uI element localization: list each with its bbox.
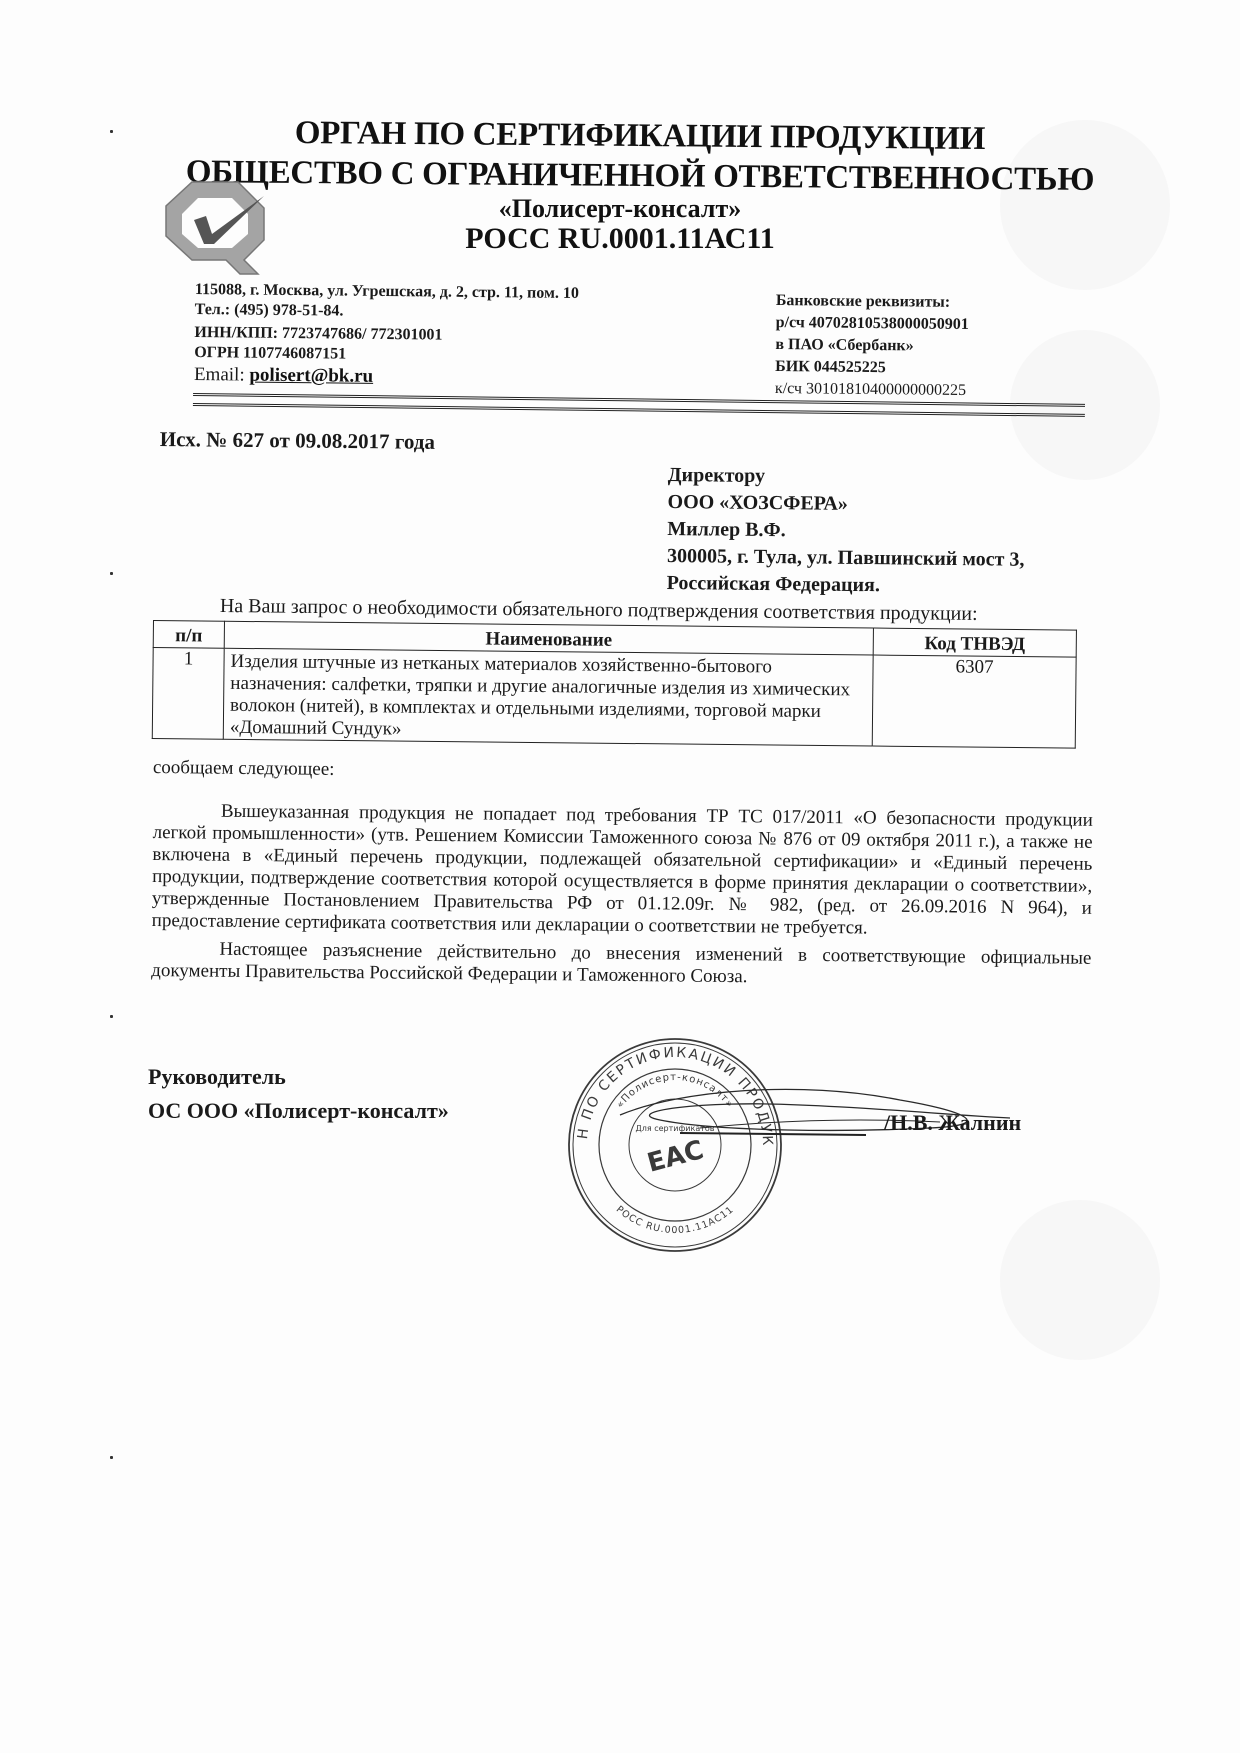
margin-mark: [110, 1015, 113, 1018]
addressee-address: 300005, г. Тула, ул. Павшинский мост 3,: [667, 543, 1025, 574]
company-phone: Тел.: (495) 978-51-84.: [195, 300, 579, 324]
email-label: Email:: [194, 364, 250, 386]
margin-mark: [110, 572, 113, 575]
row-number: 1: [152, 648, 224, 740]
document-page: ОРГАН ПО СЕРТИФИКАЦИИ ПРОДУКЦИИ ОБЩЕСТВО…: [0, 0, 1240, 1753]
email-link[interactable]: polisert@bk.ru: [249, 365, 373, 387]
svg-text:РОСС RU.0001.11АС11: РОСС RU.0001.11АС11: [614, 1204, 736, 1236]
addressee-title: Директору: [668, 462, 1026, 493]
addressee-name: Миллер В.Ф.: [667, 516, 1025, 547]
scan-artifact: [1000, 1200, 1160, 1360]
bank-corr-account: к/сч 30101810400000000225: [775, 378, 968, 402]
stamp-outer-bottom: РОСС RU.0001.11АС11: [614, 1204, 736, 1236]
bank-details-title: Банковские реквизиты:: [776, 290, 969, 314]
certification-logo-icon: [160, 178, 270, 278]
signer-name: /Н.В. Жалнин: [884, 1110, 1021, 1136]
company-ogrn: ОГРН 1107746087151: [194, 343, 578, 367]
column-header-code: Код ТНВЭД: [873, 628, 1076, 657]
body-paragraph-2: Настоящее разъяснение действительно до в…: [151, 938, 1091, 992]
addressee-block: Директору ООО «ХОЗСФЕРА» Миллер В.Ф. 300…: [667, 462, 1026, 601]
bank-details: Банковские реквизиты: р/сч 4070281053800…: [775, 290, 969, 402]
margin-mark: [110, 1456, 113, 1459]
body-paragraph-1: Вышеуказанная продукция не попадает под …: [152, 800, 1093, 942]
signer-position: Руководитель: [148, 1060, 449, 1094]
report-lead: сообщаем следующее:: [153, 757, 335, 781]
row-tnved-code: 6307: [872, 655, 1076, 748]
bank-name: в ПАО «Сбербанк»: [775, 334, 968, 358]
outgoing-reference: Исх. № 627 от 09.08.2017 года: [160, 427, 435, 455]
signer-organization: ОС ООО «Полисерт-консалт»: [148, 1094, 449, 1128]
table-row: 1 Изделия штучные из нетканых материалов…: [152, 648, 1076, 749]
signer-title: Руководитель ОС ООО «Полисерт-консалт»: [148, 1060, 449, 1128]
contact-block: 115088, г. Москва, ул. Угрешская, д. 2, …: [194, 280, 579, 389]
row-product-name: Изделия штучные из нетканых материалов х…: [223, 648, 873, 746]
company-email-row: Email: polisert@bk.ru: [194, 365, 578, 389]
bank-bik: БИК 044525225: [775, 356, 968, 380]
bank-account: р/сч 40702810538000050901: [776, 312, 969, 336]
column-header-number: п/п: [153, 621, 224, 649]
addressee-company: ООО «ХОЗСФЕРА»: [667, 489, 1025, 520]
product-table: п/п Наименование Код ТНВЭД 1 Изделия шту…: [152, 620, 1077, 749]
letter-body: Вышеуказанная продукция не попадает под …: [151, 800, 1093, 998]
addressee-country: Российская Федерация.: [667, 570, 1025, 601]
